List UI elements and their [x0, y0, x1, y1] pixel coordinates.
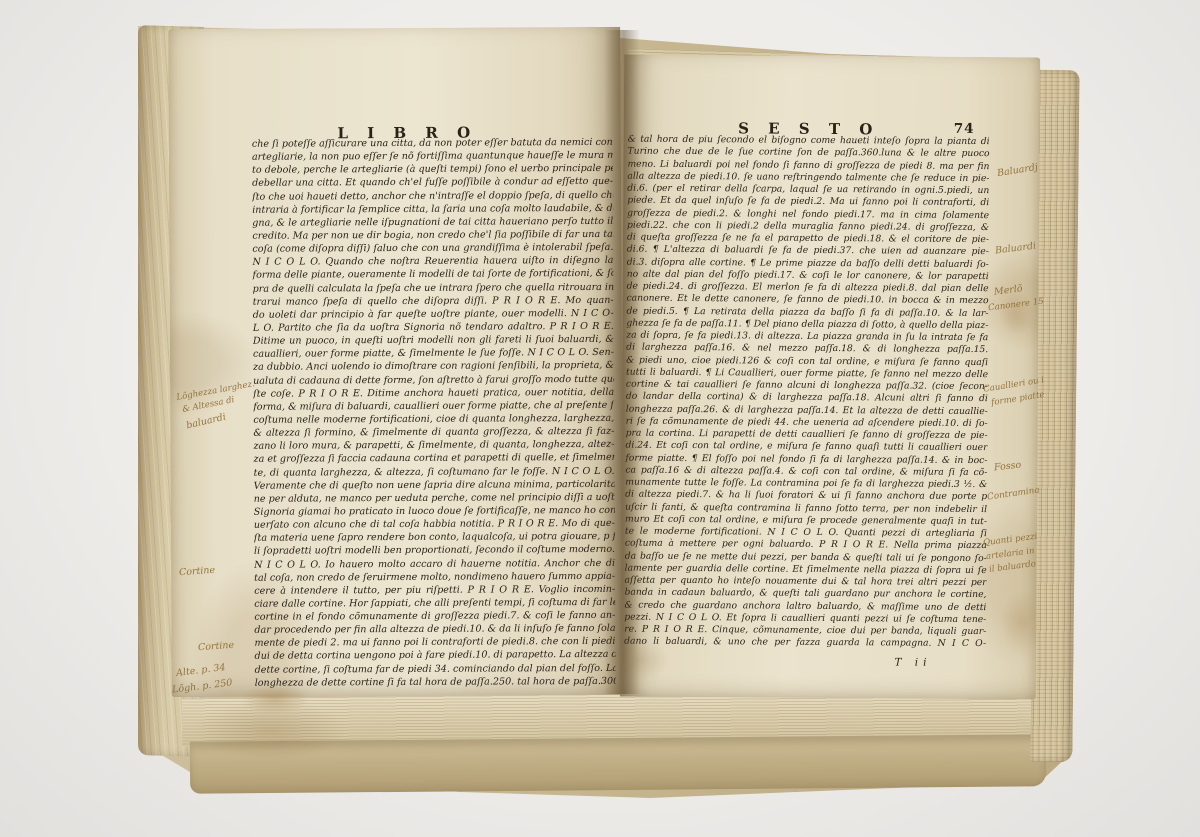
book-photograph: L I B R O che ſi poteſſe aſſicurare una … — [0, 0, 1200, 837]
signature-mark: T ii — [858, 656, 968, 669]
text-line: dano li baluardi, & uno che per fazza gu… — [624, 636, 986, 651]
body-text-right: & tal hora de piu ſecondo el biſogno com… — [624, 134, 990, 651]
left-page: L I B R O che ſi poteſſe aſſicurare una … — [168, 27, 623, 697]
page-number: 74 — [954, 121, 975, 137]
body-text-left: che ſi poteſſe aſſicurare una citta, da … — [252, 137, 616, 691]
bottom-cover-edge — [190, 734, 1046, 793]
text-line: longhezza de dette cortine ſi fa tal hor… — [255, 676, 616, 691]
right-page: S E S T O 74 & tal hora de piu ſecondo e… — [620, 55, 1040, 700]
gutter-shadow — [604, 30, 640, 694]
